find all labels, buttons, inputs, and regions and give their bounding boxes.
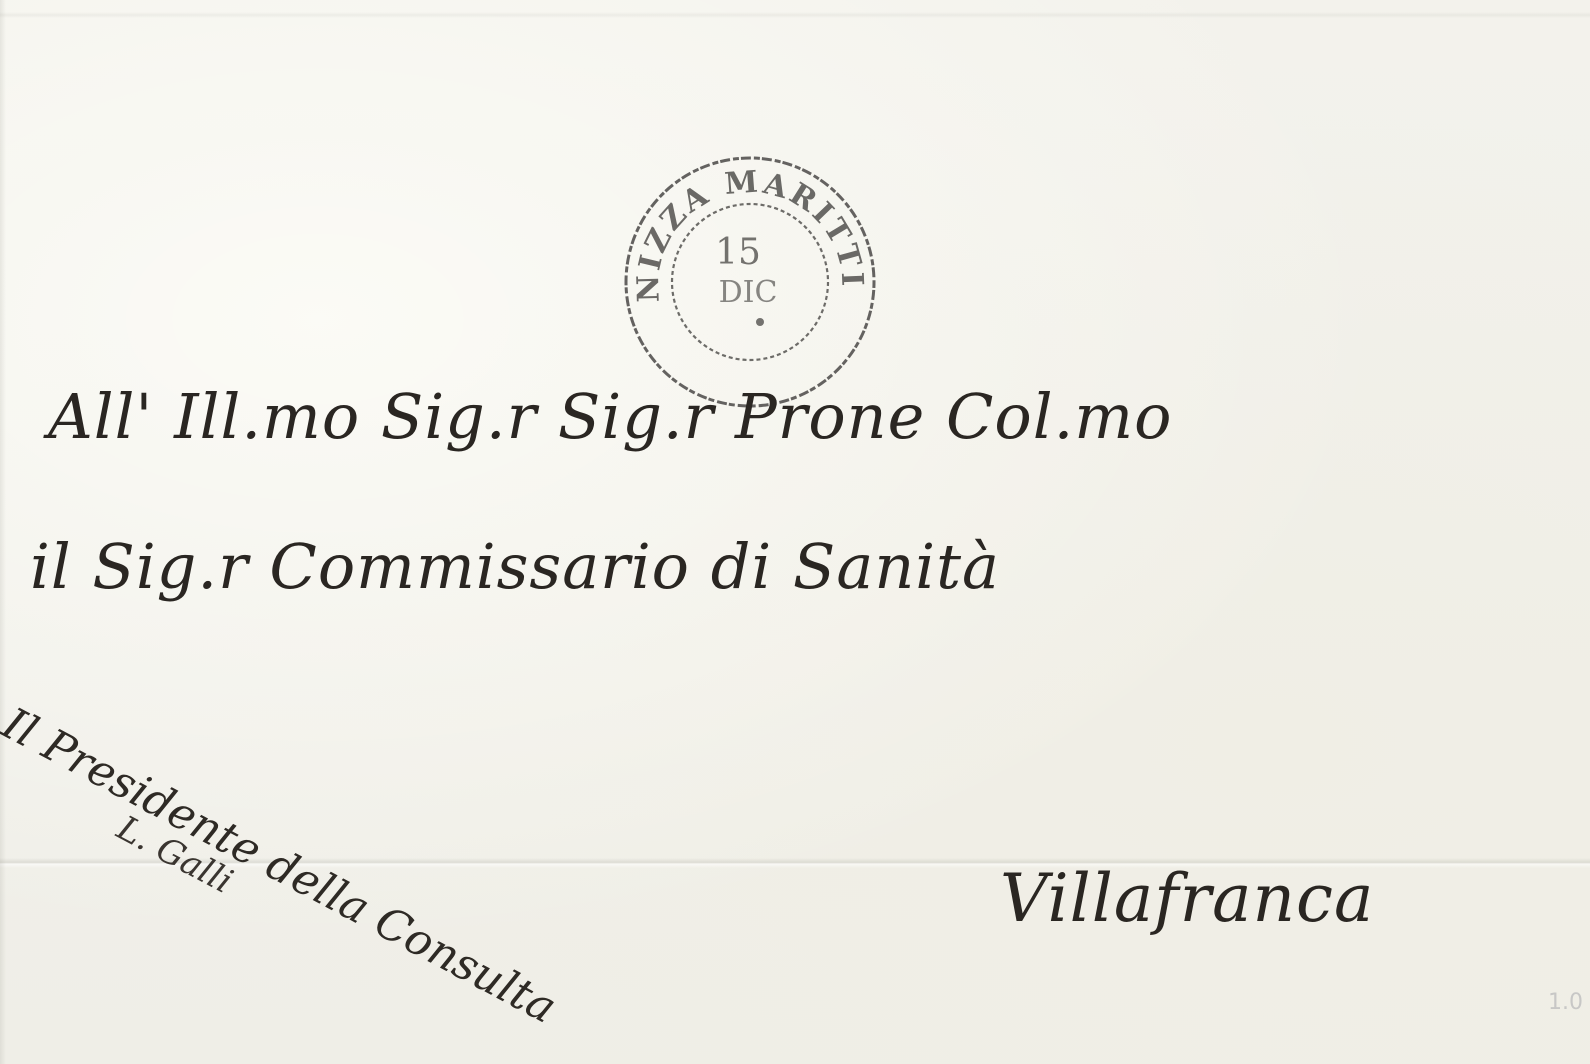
letter-cover: NIZZA MARITTIMA 15 DIC All' Ill.mo Sig.r… — [0, 0, 1590, 1064]
fold-crease-left — [0, 0, 6, 1064]
sender-signature: L. Galli — [111, 808, 544, 1064]
postmark-stamp: NIZZA MARITTIMA 15 DIC — [620, 152, 880, 412]
sender-note: Il Presidente della Consulta L. Galli — [0, 698, 565, 1064]
destination: Villafranca — [1000, 860, 1374, 937]
postmark-icon: NIZZA MARITTIMA 15 DIC — [620, 152, 880, 412]
sender-title: Il Presidente della Consulta — [0, 698, 565, 1034]
address-line-2: il Sig.r Commissario di Sanità — [30, 530, 1000, 603]
postmark-day: 15 — [715, 232, 761, 273]
address-line-1: All' Ill.mo Sig.r Sig.r Prone Col.mo — [48, 380, 1172, 453]
fold-crease-top — [0, 12, 1590, 18]
pencil-mark: 1.0 — [1548, 990, 1583, 1015]
postmark-month: DIC — [719, 275, 778, 310]
